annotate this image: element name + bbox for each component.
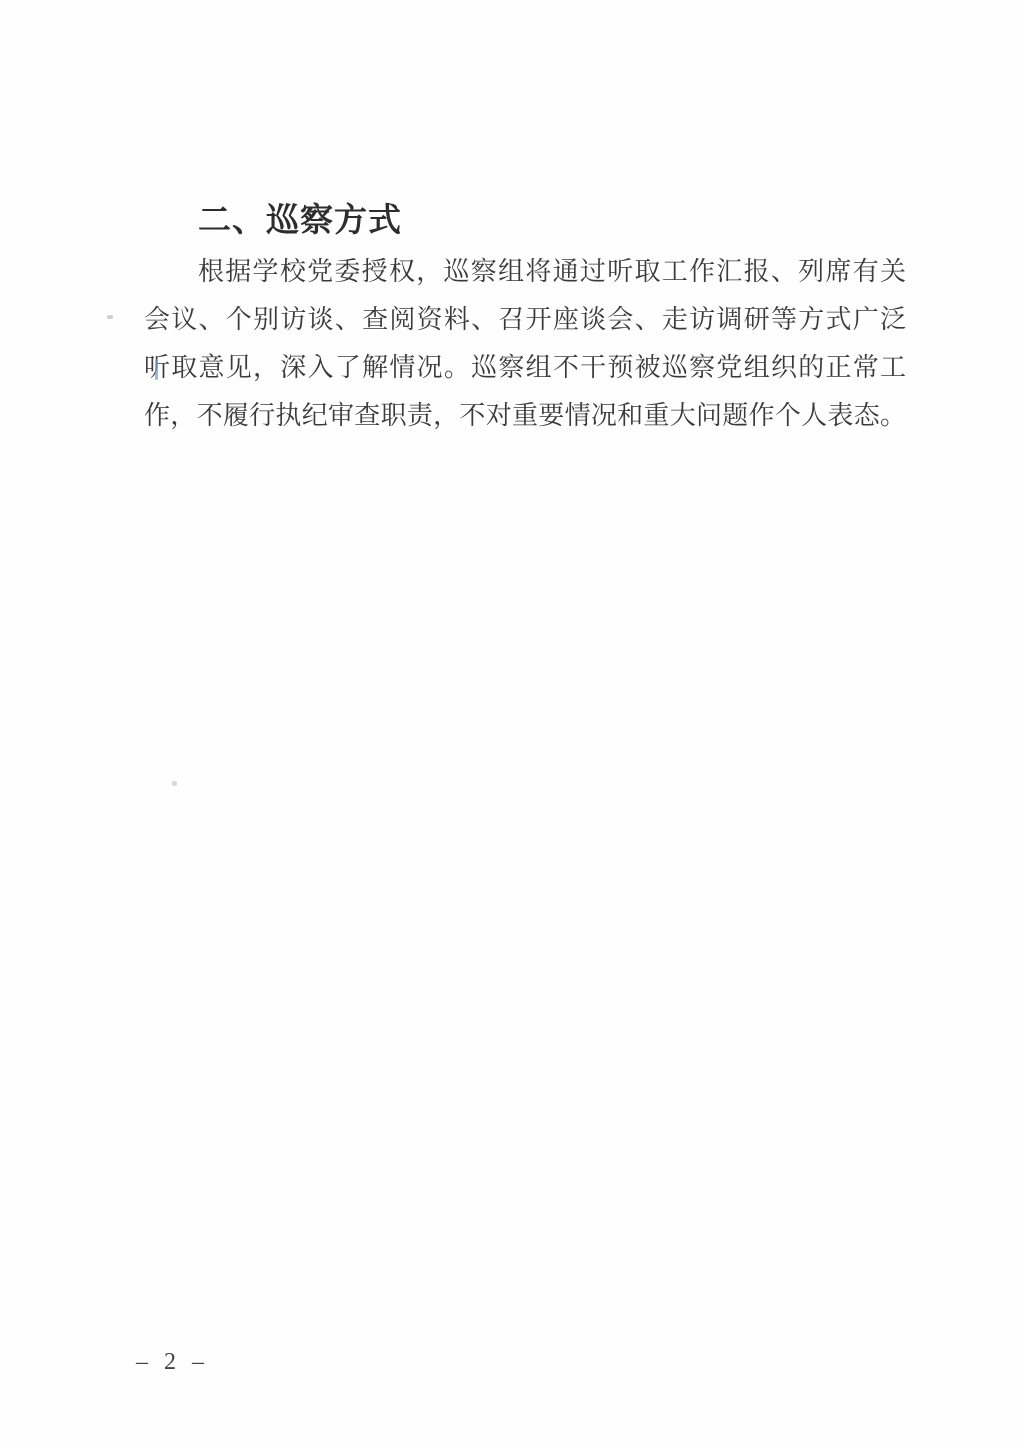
page-number: – 2 – [136, 1349, 209, 1375]
scan-artifact-speck [172, 781, 177, 786]
section-heading: 二、巡察方式 [144, 196, 906, 244]
document-page: 二、巡察方式 根据学校党委授权，巡察组将通过听取工作汇报、列席有关 会议、个别访… [0, 0, 1024, 1448]
paragraph: 根据学校党委授权，巡察组将通过听取工作汇报、列席有关 会议、个别访谈、查阅资料、… [144, 248, 906, 440]
scan-artifact-blue-stroke [155, 359, 158, 380]
paragraph-line-1: 根据学校党委授权，巡察组将通过听取工作汇报、列席有关 [144, 248, 906, 296]
scan-artifact-speck [107, 315, 113, 319]
document-content: 二、巡察方式 根据学校党委授权，巡察组将通过听取工作汇报、列席有关 会议、个别访… [144, 196, 906, 440]
paragraph-line-3: 听取意见，深入了解情况。巡察组不干预被巡察党组织的正常工 [144, 344, 906, 392]
paragraph-line-4: 作，不履行执纪审查职责，不对重要情况和重大问题作个人表态。 [144, 392, 906, 440]
paragraph-line-2: 会议、个别访谈、查阅资料、召开座谈会、走访调研等方式广泛 [144, 296, 906, 344]
